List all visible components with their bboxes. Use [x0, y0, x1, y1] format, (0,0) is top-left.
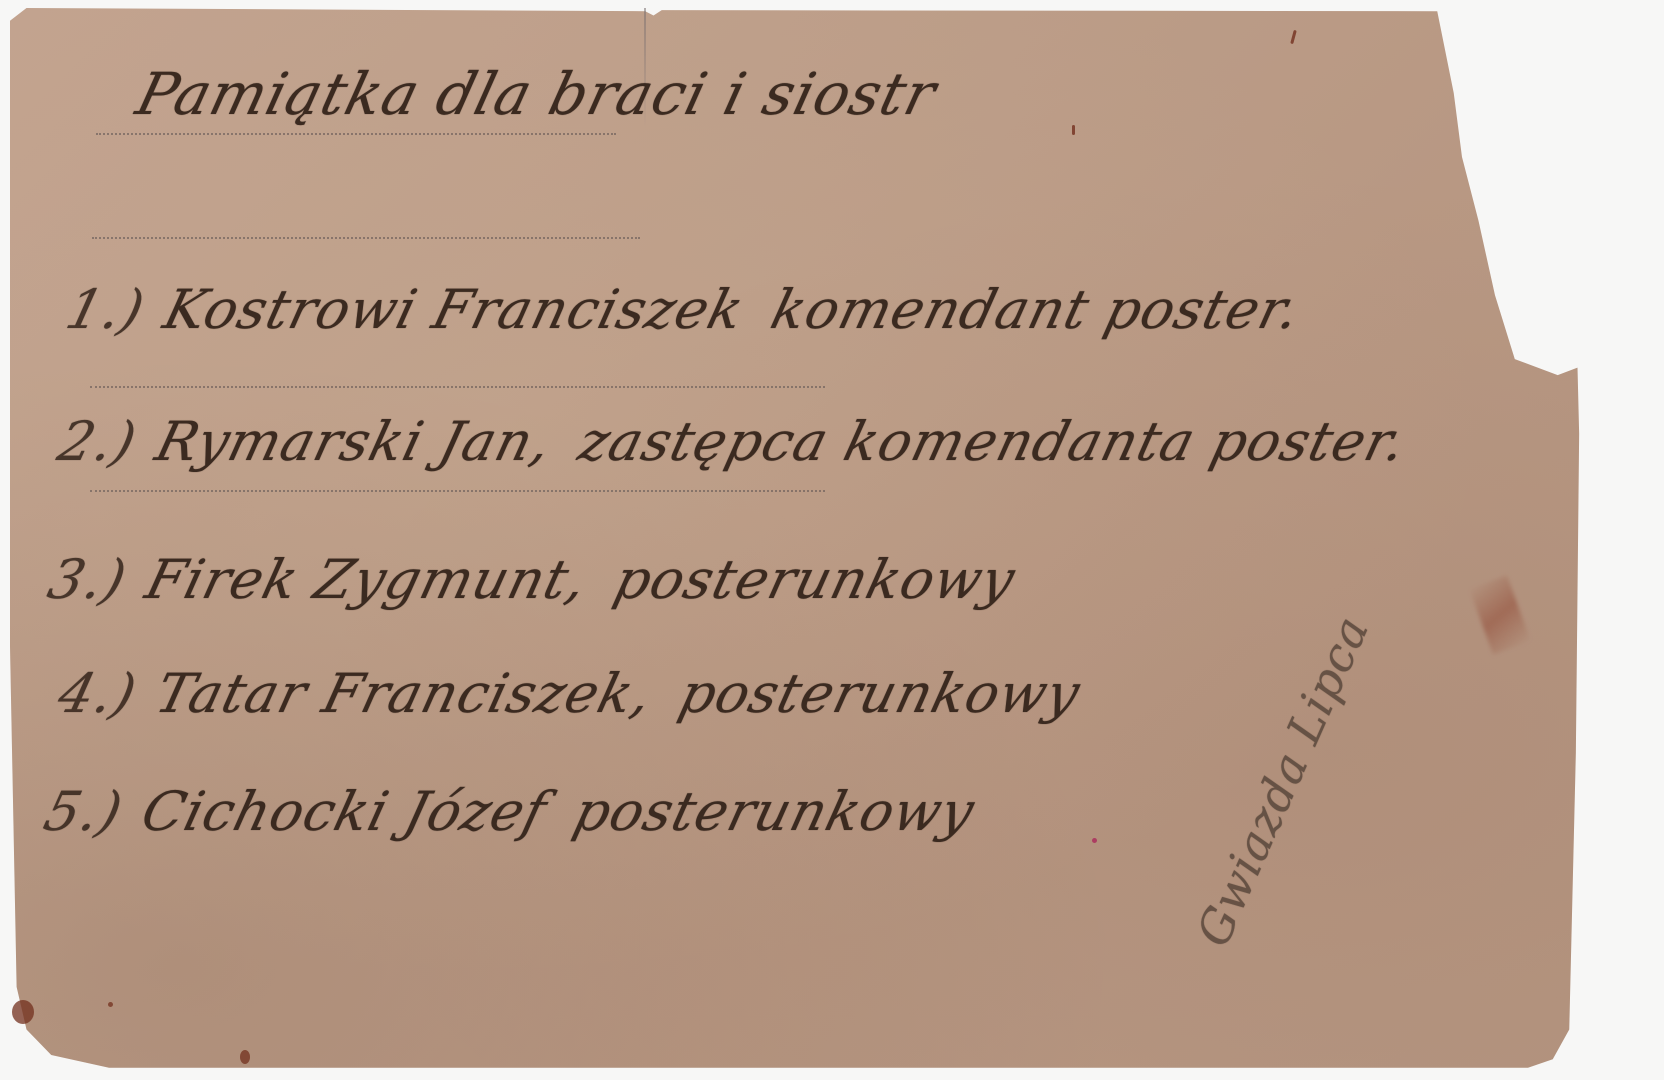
entry-number: 4.): [52, 662, 143, 725]
entry-name: Kostrowi Franciszek: [158, 278, 751, 341]
dotted-line: [96, 133, 616, 135]
list-entry-5: 5.)Cichocki Józefposterunkowy: [38, 780, 981, 843]
entry-rank: posterunkowy: [608, 548, 1021, 611]
card-title: Pamiątka dla braci i siostr: [130, 60, 943, 128]
dotted-line: [90, 386, 825, 388]
ink-stain: [240, 1050, 250, 1064]
list-entry-3: 3.)Firek Zygmunt,posterunkowy: [42, 548, 1022, 611]
ink-speck: [1092, 838, 1097, 843]
entry-rank: zastępca komendanta poster.: [573, 410, 1413, 473]
entry-rank: posterunkowy: [568, 780, 981, 843]
entry-number: 5.): [38, 780, 129, 843]
list-entry-2: 2.)Rymarski Jan,zastępca komendanta post…: [52, 410, 1413, 473]
entry-rank: komendant poster.: [765, 278, 1307, 341]
dotted-line: [92, 237, 640, 239]
entry-name: Cichocki Józef: [136, 780, 554, 843]
ink-speck: [108, 1002, 113, 1007]
list-entry-4: 4.)Tatar Franciszek,posterunkowy: [52, 662, 1087, 725]
dotted-line: [90, 490, 825, 492]
entry-name: Rymarski Jan,: [150, 410, 559, 473]
entry-name: Tatar Franciszek,: [150, 662, 659, 725]
scan-stage: Pamiątka dla braci i siostr 1.)Kostrowi …: [0, 0, 1664, 1080]
ink-mark: [1072, 125, 1075, 135]
entry-number: 3.): [42, 548, 133, 611]
entry-number: 1.): [60, 278, 151, 341]
aged-paper-card: [10, 8, 1660, 1072]
ink-stain: [12, 1000, 34, 1024]
entry-rank: posterunkowy: [673, 662, 1086, 725]
entry-name: Firek Zygmunt,: [140, 548, 594, 611]
entry-number: 2.): [52, 410, 143, 473]
list-entry-1: 1.)Kostrowi Franciszekkomendant poster.: [60, 278, 1307, 341]
